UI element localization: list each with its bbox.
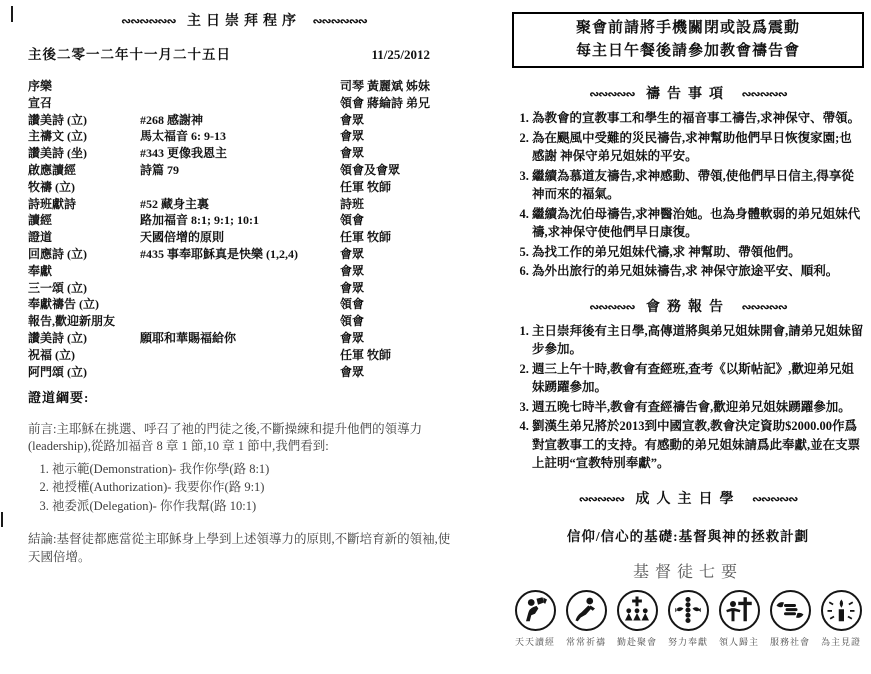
- essential-label: 努力奉獻: [665, 635, 711, 648]
- pray-icon: [566, 590, 607, 631]
- program-item: 啟應讀經: [28, 162, 140, 179]
- sermon-outline-points: 祂示範(Demonstration)- 我作你學(路 8:1) 祂授權(Auth…: [28, 461, 460, 516]
- sunday-school-subtitle: 信仰/信心的基礎:基督與神的拯救計劃: [512, 525, 864, 545]
- table-row: 讀經路加福音 8:1; 9:1; 10:1領會: [28, 212, 460, 229]
- table-row: 阿門頌 (立)會眾: [28, 364, 460, 381]
- attend-meeting-icon: [617, 590, 658, 631]
- program-item: 阿門頌 (立): [28, 364, 140, 381]
- announcements-section-title: 會務報告: [646, 300, 730, 315]
- program-content: [140, 95, 340, 112]
- list-item: 祂示範(Demonstration)- 我作你學(路 8:1): [52, 461, 460, 479]
- program-who: 會眾: [340, 145, 460, 162]
- program-item: 讚美詩 (坐): [28, 145, 140, 162]
- program-item: 讀經: [28, 212, 140, 229]
- program-who: 會眾: [340, 263, 460, 280]
- list-item: 繼續為沈伯母禱告,求神醫治她。也為身體軟弱的弟兄姐妹代禱,求神保守使他們早日康復…: [532, 205, 864, 242]
- table-row: 讚美詩 (立)願耶和華賜福給你會眾: [28, 330, 460, 347]
- program-content: #435 事奉耶穌真是快樂 (1,2,4): [140, 246, 340, 263]
- sermon-outline: 證道綱要: 前言:主耶穌在挑選、呼召了祂的門徒之後,不斷操練和提升他們的領導力(…: [28, 389, 460, 566]
- table-row: 讚美詩 (立)#268 感謝神會眾: [28, 112, 460, 129]
- offering-icon: [668, 590, 709, 631]
- seven-essentials-title: 基督徒七要: [512, 559, 864, 582]
- ornament-right: ∾∾∾∾∾∾: [313, 14, 367, 28]
- program-content: #343 更像我恩主: [140, 145, 340, 162]
- program-who: 領會 蔣綸詩 弟兄: [340, 95, 460, 112]
- table-row: 奉獻會眾: [28, 263, 460, 280]
- lead-to-christ-icon: [719, 590, 760, 631]
- table-row: 回應詩 (立)#435 事奉耶穌真是快樂 (1,2,4)會眾: [28, 246, 460, 263]
- table-row: 證道天國倍增的原則任軍 牧師: [28, 229, 460, 246]
- seven-essentials-icons: 天天讀經 常常祈禱 勤赴聚會 努力奉獻: [512, 590, 864, 648]
- program-content: [140, 347, 340, 364]
- list-item: 祂委派(Delegation)- 你作我幫(路 10:1): [52, 498, 460, 516]
- essential-label: 天天讀經: [512, 635, 558, 648]
- ornament-right: ∾∾∾∾∾: [752, 492, 797, 506]
- program-item: 奉獻: [28, 263, 140, 280]
- list-item: 週三上午十時,教會有查經班,查考《以斯帖記》,歡迎弟兄姐妹踴躍參加。: [532, 360, 864, 397]
- program-content: #52 藏身主裏: [140, 196, 340, 213]
- table-row: 奉獻禱告 (立)領會: [28, 296, 460, 313]
- program-who: 任軍 牧師: [340, 179, 460, 196]
- program-who: 會眾: [340, 364, 460, 381]
- program-item: 祝福 (立): [28, 347, 140, 364]
- announcements-section-heading: ∾∾∾∾∾ 會務報告 ∾∾∾∾∾: [512, 296, 864, 316]
- text-cursor: [1, 512, 3, 527]
- announcements-list: 主日崇拜後有主日學,高傳道將與弟兄姐妹開會,請弟兄姐妹留步參加。 週三上午十時,…: [512, 322, 864, 473]
- program-who: 會眾: [340, 280, 460, 297]
- program-who: 任軍 牧師: [340, 229, 460, 246]
- ornament-right: ∾∾∾∾∾: [742, 300, 787, 314]
- table-row: 報告,歡迎新朋友領會: [28, 313, 460, 330]
- date-chinese: 主後二零一二年十一月二十五日: [28, 43, 231, 63]
- program-who: 會眾: [340, 128, 460, 145]
- list-item: 為教會的宣教事工和學生的福音事工禱告,求神保守、帶領。: [532, 109, 864, 128]
- table-row: 序樂司琴 黃麗斌 姊妹: [28, 78, 460, 95]
- program-content: [140, 78, 340, 95]
- program-content: [140, 179, 340, 196]
- program-who: 會眾: [340, 330, 460, 347]
- list-item: 為外出旅行的弟兄姐妹禱告,求 神保守旅途平安、順利。: [532, 262, 864, 281]
- notice-box: 聚會前請將手機關閉或設爲震動 每主日午餐後請參加教會禱告會: [512, 12, 864, 68]
- bulletin-page: ∾∾∾∾∾∾ 主日崇拜程序 ∾∾∾∾∾∾ 主後二零一二年十一月二十五日 11/2…: [0, 0, 871, 674]
- table-row: 宣召領會 蔣綸詩 弟兄: [28, 95, 460, 112]
- program-who: 領會: [340, 296, 460, 313]
- date-numeric: 11/25/2012: [371, 47, 430, 63]
- essential-item: 領人歸主: [716, 590, 762, 648]
- sunday-school-title: 成人主日學: [636, 492, 741, 507]
- serve-society-icon: [770, 590, 811, 631]
- program-content: 詩篇 79: [140, 162, 340, 179]
- list-item: 繼續為慕道友禱告,求神感動、帶領,使他們早日信主,得享從神而來的福氣。: [532, 167, 864, 204]
- prayer-list: 為教會的宣教事工和學生的福音事工禱告,求神保守、帶領。 為在颶風中受難的災民禱告…: [512, 109, 864, 281]
- program-content: 天國倍增的原則: [140, 229, 340, 246]
- list-item: 週五晚七時半,教會有查經禱告會,歡迎弟兄姐妹踴躍參加。: [532, 398, 864, 417]
- announcements-column: 聚會前請將手機關閉或設爲震動 每主日午餐後請參加教會禱告會 ∾∾∾∾∾ 禱告事項…: [512, 12, 864, 648]
- list-item: 為在颶風中受難的災民禱告,求神幫助他們早日恢復家園;也感謝 神保守弟兄姐妹的平安…: [532, 129, 864, 166]
- program-who: 會眾: [340, 112, 460, 129]
- program-item: 詩班獻詩: [28, 196, 140, 213]
- ornament-left: ∾∾∾∾∾: [589, 87, 634, 101]
- worship-order-title: ∾∾∾∾∾∾ 主日崇拜程序 ∾∾∾∾∾∾: [28, 10, 460, 30]
- table-row: 祝福 (立)任軍 牧師: [28, 347, 460, 364]
- essential-label: 為主見證: [818, 635, 864, 648]
- program-content: [140, 296, 340, 313]
- sunday-school-section-heading: ∾∾∾∾∾ 成人主日學 ∾∾∾∾∾: [512, 488, 864, 508]
- essential-label: 領人歸主: [716, 635, 762, 648]
- worship-order-column: ∾∾∾∾∾∾ 主日崇拜程序 ∾∾∾∾∾∾ 主後二零一二年十一月二十五日 11/2…: [28, 10, 460, 579]
- essential-item: 服務社會: [767, 590, 813, 648]
- essential-label: 勤赴聚會: [614, 635, 660, 648]
- notice-line: 聚會前請將手機關閉或設爲震動: [518, 17, 858, 40]
- ornament-left: ∾∾∾∾∾∾: [121, 14, 175, 28]
- sermon-outline-conclusion: 結論:基督徒都應當從主耶穌身上學到上述領導力的原則,不斷培育新的領袖,使天國倍增…: [28, 531, 460, 566]
- program-who: 詩班: [340, 196, 460, 213]
- program-who: 領會及會眾: [340, 162, 460, 179]
- essential-label: 服務社會: [767, 635, 813, 648]
- program-content: [140, 313, 340, 330]
- essential-item: 勤赴聚會: [614, 590, 660, 648]
- sermon-outline-intro: 前言:主耶穌在挑選、呼召了祂的門徒之後,不斷操練和提升他們的領導力(leader…: [28, 421, 460, 456]
- program-table: 序樂司琴 黃麗斌 姊妹 宣召領會 蔣綸詩 弟兄 讚美詩 (立)#268 感謝神會…: [28, 78, 460, 380]
- program-item: 三一頌 (立): [28, 280, 140, 297]
- table-row: 詩班獻詩#52 藏身主裏詩班: [28, 196, 460, 213]
- list-item: 為找工作的弟兄姐妹代禱,求 神幫助、帶領他們。: [532, 243, 864, 262]
- read-bible-icon: [515, 590, 556, 631]
- table-row: 三一頌 (立)會眾: [28, 280, 460, 297]
- program-content: [140, 280, 340, 297]
- program-content: 路加福音 8:1; 9:1; 10:1: [140, 212, 340, 229]
- program-content: 願耶和華賜福給你: [140, 330, 340, 347]
- program-item: 宣召: [28, 95, 140, 112]
- program-who: 領會: [340, 313, 460, 330]
- program-who: 司琴 黃麗斌 姊妹: [340, 78, 460, 95]
- page-title: 主日崇拜程序: [187, 14, 301, 29]
- program-item: 證道: [28, 229, 140, 246]
- table-row: 主禱文 (立)馬太福音 6: 9-13會眾: [28, 128, 460, 145]
- essential-item: 常常祈禱: [563, 590, 609, 648]
- program-item: 讚美詩 (立): [28, 330, 140, 347]
- essential-label: 常常祈禱: [563, 635, 609, 648]
- table-row: 讚美詩 (坐)#343 更像我恩主會眾: [28, 145, 460, 162]
- program-item: 回應詩 (立): [28, 246, 140, 263]
- program-content: [140, 364, 340, 381]
- ornament-left: ∾∾∾∾∾: [579, 492, 624, 506]
- program-item: 主禱文 (立): [28, 128, 140, 145]
- program-content: 馬太福音 6: 9-13: [140, 128, 340, 145]
- prayer-section-title: 禱告事項: [646, 87, 730, 102]
- notice-line: 每主日午餐後請參加教會禱告會: [518, 40, 858, 63]
- date-row: 主後二零一二年十一月二十五日 11/25/2012: [28, 43, 460, 63]
- program-who: 領會: [340, 212, 460, 229]
- essential-item: 努力奉獻: [665, 590, 711, 648]
- program-item: 奉獻禱告 (立): [28, 296, 140, 313]
- witness-icon: [821, 590, 862, 631]
- ornament-right: ∾∾∾∾∾: [742, 87, 787, 101]
- table-row: 啟應讀經詩篇 79領會及會眾: [28, 162, 460, 179]
- prayer-section-heading: ∾∾∾∾∾ 禱告事項 ∾∾∾∾∾: [512, 83, 864, 103]
- program-content: #268 感謝神: [140, 112, 340, 129]
- text-cursor: [11, 6, 13, 22]
- program-item: 讚美詩 (立): [28, 112, 140, 129]
- essential-item: 為主見證: [818, 590, 864, 648]
- ornament-left: ∾∾∾∾∾: [589, 300, 634, 314]
- program-item: 序樂: [28, 78, 140, 95]
- program-item: 報告,歡迎新朋友: [28, 313, 140, 330]
- program-item: 牧禱 (立): [28, 179, 140, 196]
- program-who: 任軍 牧師: [340, 347, 460, 364]
- program-content: [140, 263, 340, 280]
- sermon-outline-heading: 證道綱要:: [28, 389, 460, 407]
- list-item: 劉漢生弟兄將於2013到中國宣教,教會決定資助$2000.00作爲對宣教事工的支…: [532, 417, 864, 473]
- table-row: 牧禱 (立)任軍 牧師: [28, 179, 460, 196]
- list-item: 祂授權(Authorization)- 我要你作(路 9:1): [52, 479, 460, 497]
- program-who: 會眾: [340, 246, 460, 263]
- essential-item: 天天讀經: [512, 590, 558, 648]
- list-item: 主日崇拜後有主日學,高傳道將與弟兄姐妹開會,請弟兄姐妹留步參加。: [532, 322, 864, 359]
